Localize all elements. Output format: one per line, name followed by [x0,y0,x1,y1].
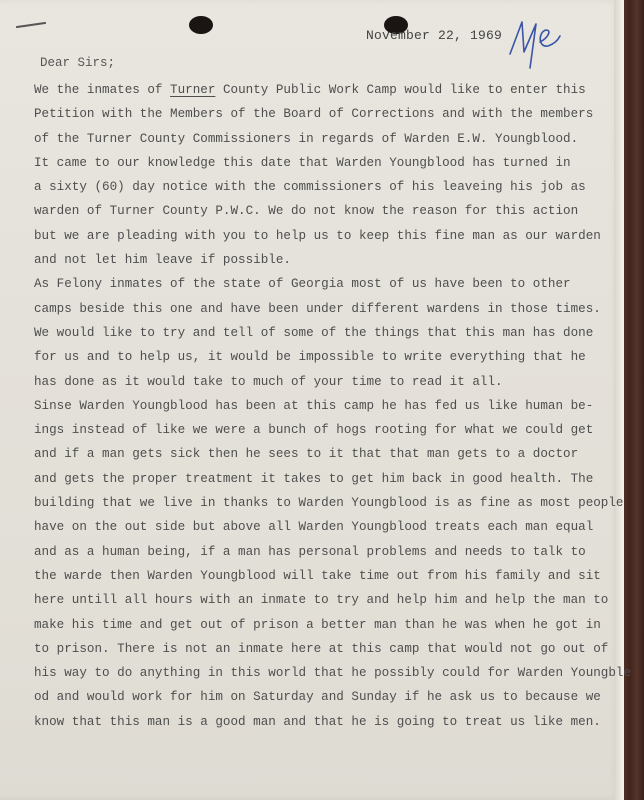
body-line: As Felony inmates of the state of Georgi… [34,272,614,296]
letter-date: November 22, 1969 [366,28,502,43]
body-line: the warde then Warden Youngblood will ta… [34,564,614,588]
pen-dash-mark [16,22,46,28]
body-line: has done as it would take to much of you… [34,370,614,394]
body-line: Sinse Warden Youngblood has been at this… [34,394,614,418]
body-line: warden of Turner County P.W.C. We do not… [34,199,614,223]
body-line: know that this man is a good man and tha… [34,710,614,734]
body-line: and not let him leave if possible. [34,248,614,272]
body-line: od and would work for him on Saturday an… [34,685,614,709]
punch-hole-left [189,16,213,34]
letter-body: We the inmates of Turner County Public W… [34,78,614,734]
body-line: We would like to try and tell of some of… [34,321,614,345]
body-line: a sixty (60) day notice with the commiss… [34,175,614,199]
salutation: Dear Sirs; [40,56,115,70]
body-line: make his time and get out of prison a be… [34,613,614,637]
body-line: and as a human being, if a man has perso… [34,540,614,564]
body-line: here untill all hours with an inmate to … [34,588,614,612]
handwritten-initials-mark [500,16,570,76]
body-line: of the Turner County Commissioners in re… [34,127,614,151]
body-line: to prison. There is not an inmate here a… [34,637,614,661]
body-line: Petition with the Members of the Board o… [34,102,614,126]
body-line: and gets the proper treatment it takes t… [34,467,614,491]
paper-edge [614,0,622,800]
body-line: It came to our knowledge this date that … [34,151,614,175]
body-line: but we are pleading with you to help us … [34,224,614,248]
body-line: building that we live in thanks to Warde… [34,491,614,515]
body-line: his way to do anything in this world tha… [34,661,614,685]
typewritten-letter-page: November 22, 1969 Dear Sirs; We the inma… [0,0,624,800]
body-line: ings instead of like we were a bunch of … [34,418,614,442]
body-line: camps beside this one and have been unde… [34,297,614,321]
body-line: have on the out side but above all Warde… [34,515,614,539]
body-line: and if a man gets sick then he sees to i… [34,442,614,466]
body-line-1: We the inmates of Turner County Public W… [34,78,614,102]
underlined-turner: Turner [170,83,215,97]
body-line: for us and to help us, it would be impos… [34,345,614,369]
